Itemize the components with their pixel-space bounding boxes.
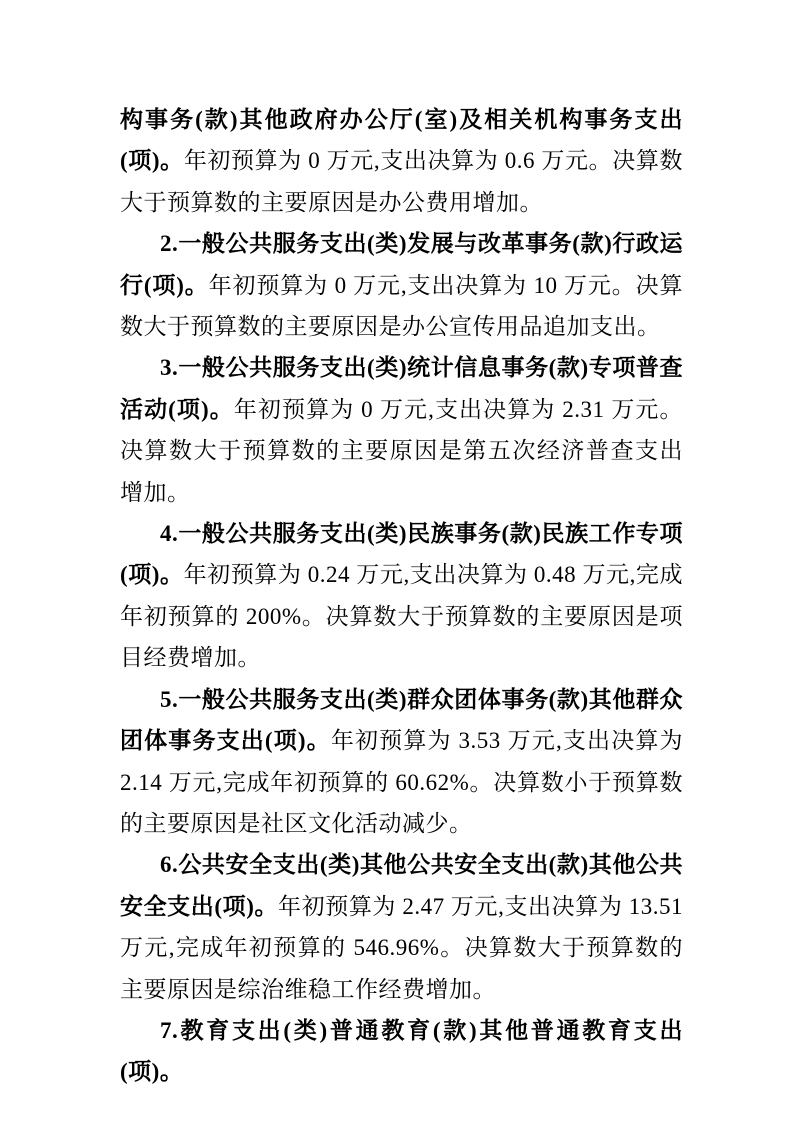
- paragraph-item-6: 6.公共安全支出(类)其他公共安全支出(款)其他公共安全支出(项)。年初预算为 …: [120, 844, 683, 1010]
- paragraph-item-1-continuation: 构事务(款)其他政府办公厅(室)及相关机构事务支出(项)。年初预算为 0 万元,…: [120, 99, 683, 223]
- paragraph-item-4: 4.一般公共服务支出(类)民族事务(款)民族工作专项(项)。年初预算为 0.24…: [120, 513, 683, 679]
- expenditure-item-detail: 年初预算为 0.24 万元,支出决算为 0.48 万元,完成年初预算的 200%…: [120, 562, 683, 670]
- expenditure-item-detail: 年初预算为 0 万元,支出决算为 0.6 万元。决算数大于预算数的主要原因是办公…: [120, 148, 683, 214]
- paragraph-item-7: 7.教育支出(类)普通教育(款)其他普通教育支出(项)。: [120, 1010, 683, 1093]
- document-text-block: 构事务(款)其他政府办公厅(室)及相关机构事务支出(项)。年初预算为 0 万元,…: [120, 99, 683, 1093]
- paragraph-item-3: 3.一般公共服务支出(类)统计信息事务(款)专项普查活动(项)。年初预算为 0 …: [120, 347, 683, 513]
- expenditure-item-title: 7.教育支出(类)普通教育(款)其他普通教育支出(项)。: [120, 1018, 683, 1084]
- paragraph-item-2: 2.一般公共服务支出(类)发展与改革事务(款)行政运行(项)。年初预算为 0 万…: [120, 223, 683, 347]
- document-page: 构事务(款)其他政府办公厅(室)及相关机构事务支出(项)。年初预算为 0 万元,…: [0, 0, 793, 1122]
- paragraph-item-5: 5.一般公共服务支出(类)群众团体事务(款)其他群众团体事务支出(项)。年初预算…: [120, 679, 683, 845]
